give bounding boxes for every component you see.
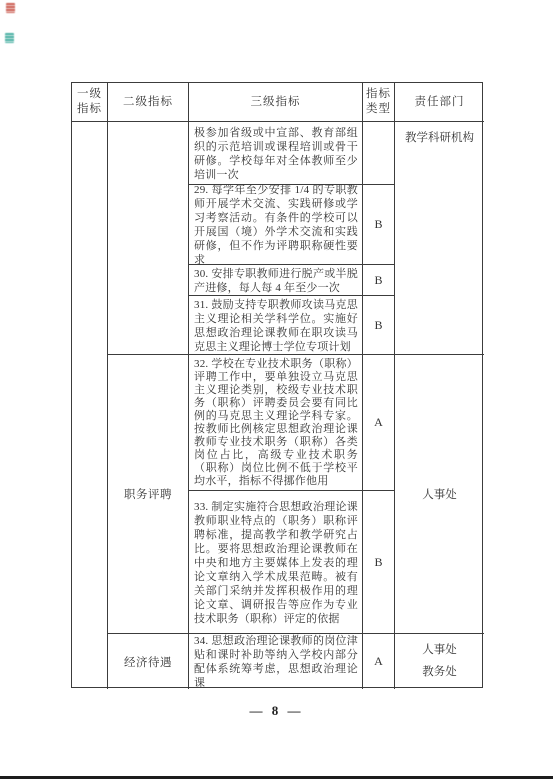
scan-stamp-teal-icon <box>5 33 14 43</box>
dept-hr-and-academic-office: 人事处 教务处 <box>395 634 484 689</box>
dept-teaching-research-org: 教学科研机构 <box>395 122 484 355</box>
page-number: — 8 — <box>0 703 553 719</box>
header-indicator-type: 指标类型 <box>363 83 395 122</box>
level2-group-job-appointment: 职务评聘 <box>108 355 189 634</box>
type-cell-34: A <box>363 634 395 689</box>
indicator-text: 29. 每学年至少安排 1/4 的专职教师开展学术交流、实践研修或学习考察活动。… <box>189 185 362 265</box>
indicator-row-28cont: 极参加省级或中宣部、教育部组织的示范培训或课程培训或骨干研修。学校每年对全体教师… <box>189 122 363 185</box>
page-bottom-rule <box>0 776 553 779</box>
document-page: 一级指标 二级指标 三级指标 指标类型 责任部门 职务评聘 经济待遇 极参加省级… <box>0 0 553 783</box>
indicator-row-29: 29. 每学年至少安排 1/4 的专职教师开展学术交流、实践研修或学习考察活动。… <box>189 185 363 265</box>
indicator-text: 33. 制定实施符合思想政治理论课教师职业特点的（职务）职称评聘标准，提高教学和… <box>189 497 362 628</box>
dept-hr-office: 人事处 <box>395 355 484 634</box>
type-cell-32: A <box>363 355 395 491</box>
type-cell-31: B <box>363 296 395 355</box>
dept-line-academic: 教务处 <box>422 666 457 679</box>
indicator-row-30: 30. 安排专职教师进行脱产或半脱产进修，每人每 4 年至少一次 <box>189 265 363 296</box>
scan-stamp-red-icon <box>6 3 15 13</box>
dept-line-hr: 人事处 <box>422 644 457 657</box>
header-level2-indicator: 二级指标 <box>108 83 189 122</box>
indicator-row-31: 31. 鼓励支持专职教师攻读马克思主义理论相关学科学位。实施好思想政治理论课教师… <box>189 296 363 355</box>
indicator-text: 30. 安排专职教师进行脱产或半脱产进修，每人每 4 年至少一次 <box>189 265 362 296</box>
type-cell-33: B <box>363 491 395 634</box>
type-cell-29: B <box>363 185 395 265</box>
type-cell-28cont <box>363 122 395 185</box>
indicator-text: 极参加省级或中宣部、教育部组织的示范培训或课程培训或骨干研修。学校每年对全体教师… <box>189 123 362 184</box>
level2-group-empty <box>108 122 189 355</box>
indicator-text: 34. 思想政治理论课教师的岗位津贴和课时补助等纳入学校内部分配体系统筹考虑，思… <box>189 634 362 689</box>
indicator-row-32: 32. 学校在专业技术职务（职称）评聘工作中，要单独设立马克思主义理论类别，校级… <box>189 355 363 491</box>
indicator-row-34: 34. 思想政治理论课教师的岗位津贴和课时补助等纳入学校内部分配体系统筹考虑，思… <box>189 634 363 689</box>
level1-indicator-cell <box>72 122 108 689</box>
header-level1-indicator: 一级指标 <box>72 83 108 122</box>
indicator-text: 31. 鼓励支持专职教师攻读马克思主义理论相关学科学位。实施好思想政治理论课教师… <box>189 296 362 355</box>
header-responsible-department: 责任部门 <box>395 83 484 122</box>
indicator-table: 一级指标 二级指标 三级指标 指标类型 责任部门 职务评聘 经济待遇 极参加省级… <box>71 82 483 688</box>
indicator-text: 32. 学校在专业技术职务（职称）评聘工作中，要单独设立马克思主义理论类别，校级… <box>189 355 362 490</box>
indicator-row-33: 33. 制定实施符合思想政治理论课教师职业特点的（职务）职称评聘标准，提高教学和… <box>189 491 363 634</box>
header-level3-indicator: 三级指标 <box>189 83 363 122</box>
type-cell-30: B <box>363 265 395 296</box>
level2-group-economic-treatment: 经济待遇 <box>108 634 189 689</box>
